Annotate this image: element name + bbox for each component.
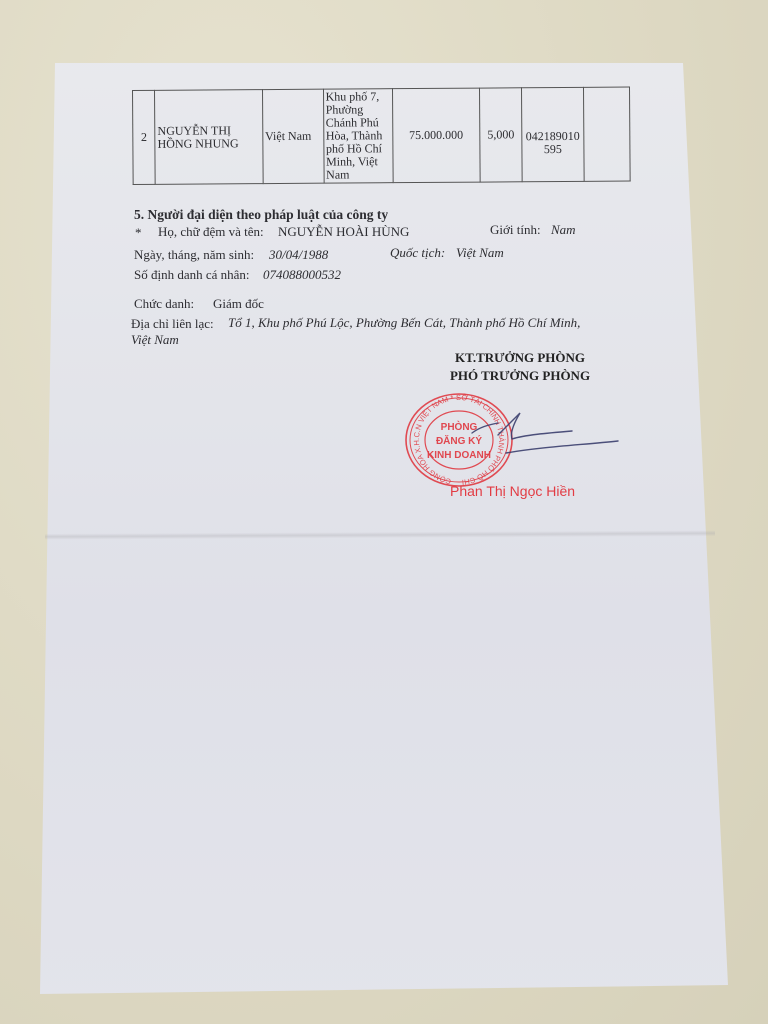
id-value: 074088000532 bbox=[263, 267, 341, 283]
gender-value: Nam bbox=[551, 222, 576, 238]
name-label: Họ, chữ đệm và tên: bbox=[158, 224, 264, 240]
cell-no: 2 bbox=[133, 90, 156, 184]
nationality-label: Quốc tịch: bbox=[390, 245, 445, 261]
cell-address: Khu phố 7, Phường Chánh Phú Hòa, Thành p… bbox=[323, 89, 393, 183]
cell-nationality: Việt Nam bbox=[262, 89, 323, 183]
dob-label: Ngày, tháng, năm sinh: bbox=[134, 247, 254, 263]
title-label: Chức danh: bbox=[134, 296, 194, 312]
cell-capital: 75.000.000 bbox=[392, 88, 480, 183]
shareholder-table: 2 NGUYỄN THỊ HỒNG NHUNG Việt Nam Khu phố… bbox=[132, 87, 631, 185]
signer-name: Phan Thị Ngọc Hiền bbox=[450, 483, 575, 499]
address-value-line2: Việt Nam bbox=[131, 332, 179, 348]
title-value: Giám đốc bbox=[213, 296, 264, 312]
name-value: NGUYỄN HOÀI HÙNG bbox=[278, 224, 409, 240]
cell-ratio: 5,000 bbox=[479, 88, 522, 182]
table-row: 2 NGUYỄN THỊ HỒNG NHUNG Việt Nam Khu phố… bbox=[133, 87, 631, 184]
id-label: Số định danh cá nhân: bbox=[134, 267, 250, 283]
cell-id-number: 042189010595 bbox=[522, 87, 584, 181]
cell-name: NGUYỄN THỊ HỒNG NHUNG bbox=[155, 90, 263, 185]
nationality-value: Việt Nam bbox=[456, 245, 504, 261]
bullet: * bbox=[135, 225, 142, 241]
gender-label: Giới tính: bbox=[490, 222, 541, 238]
signature-title-1: KT.TRƯỞNG PHÒNG bbox=[410, 350, 630, 366]
signature-title-2: PHÓ TRƯỞNG PHÒNG bbox=[410, 368, 630, 384]
cell-note bbox=[583, 87, 630, 181]
address-label: Địa chỉ liên lạc: bbox=[131, 316, 214, 332]
section-heading: 5. Người đại diện theo pháp luật của côn… bbox=[134, 207, 388, 223]
document-content: 2 NGUYỄN THỊ HỒNG NHUNG Việt Nam Khu phố… bbox=[0, 0, 768, 1024]
dob-value: 30/04/1988 bbox=[269, 247, 328, 263]
address-value-line1: Tổ 1, Khu phố Phú Lộc, Phường Bến Cát, T… bbox=[228, 315, 580, 331]
signature-icon bbox=[470, 405, 630, 475]
